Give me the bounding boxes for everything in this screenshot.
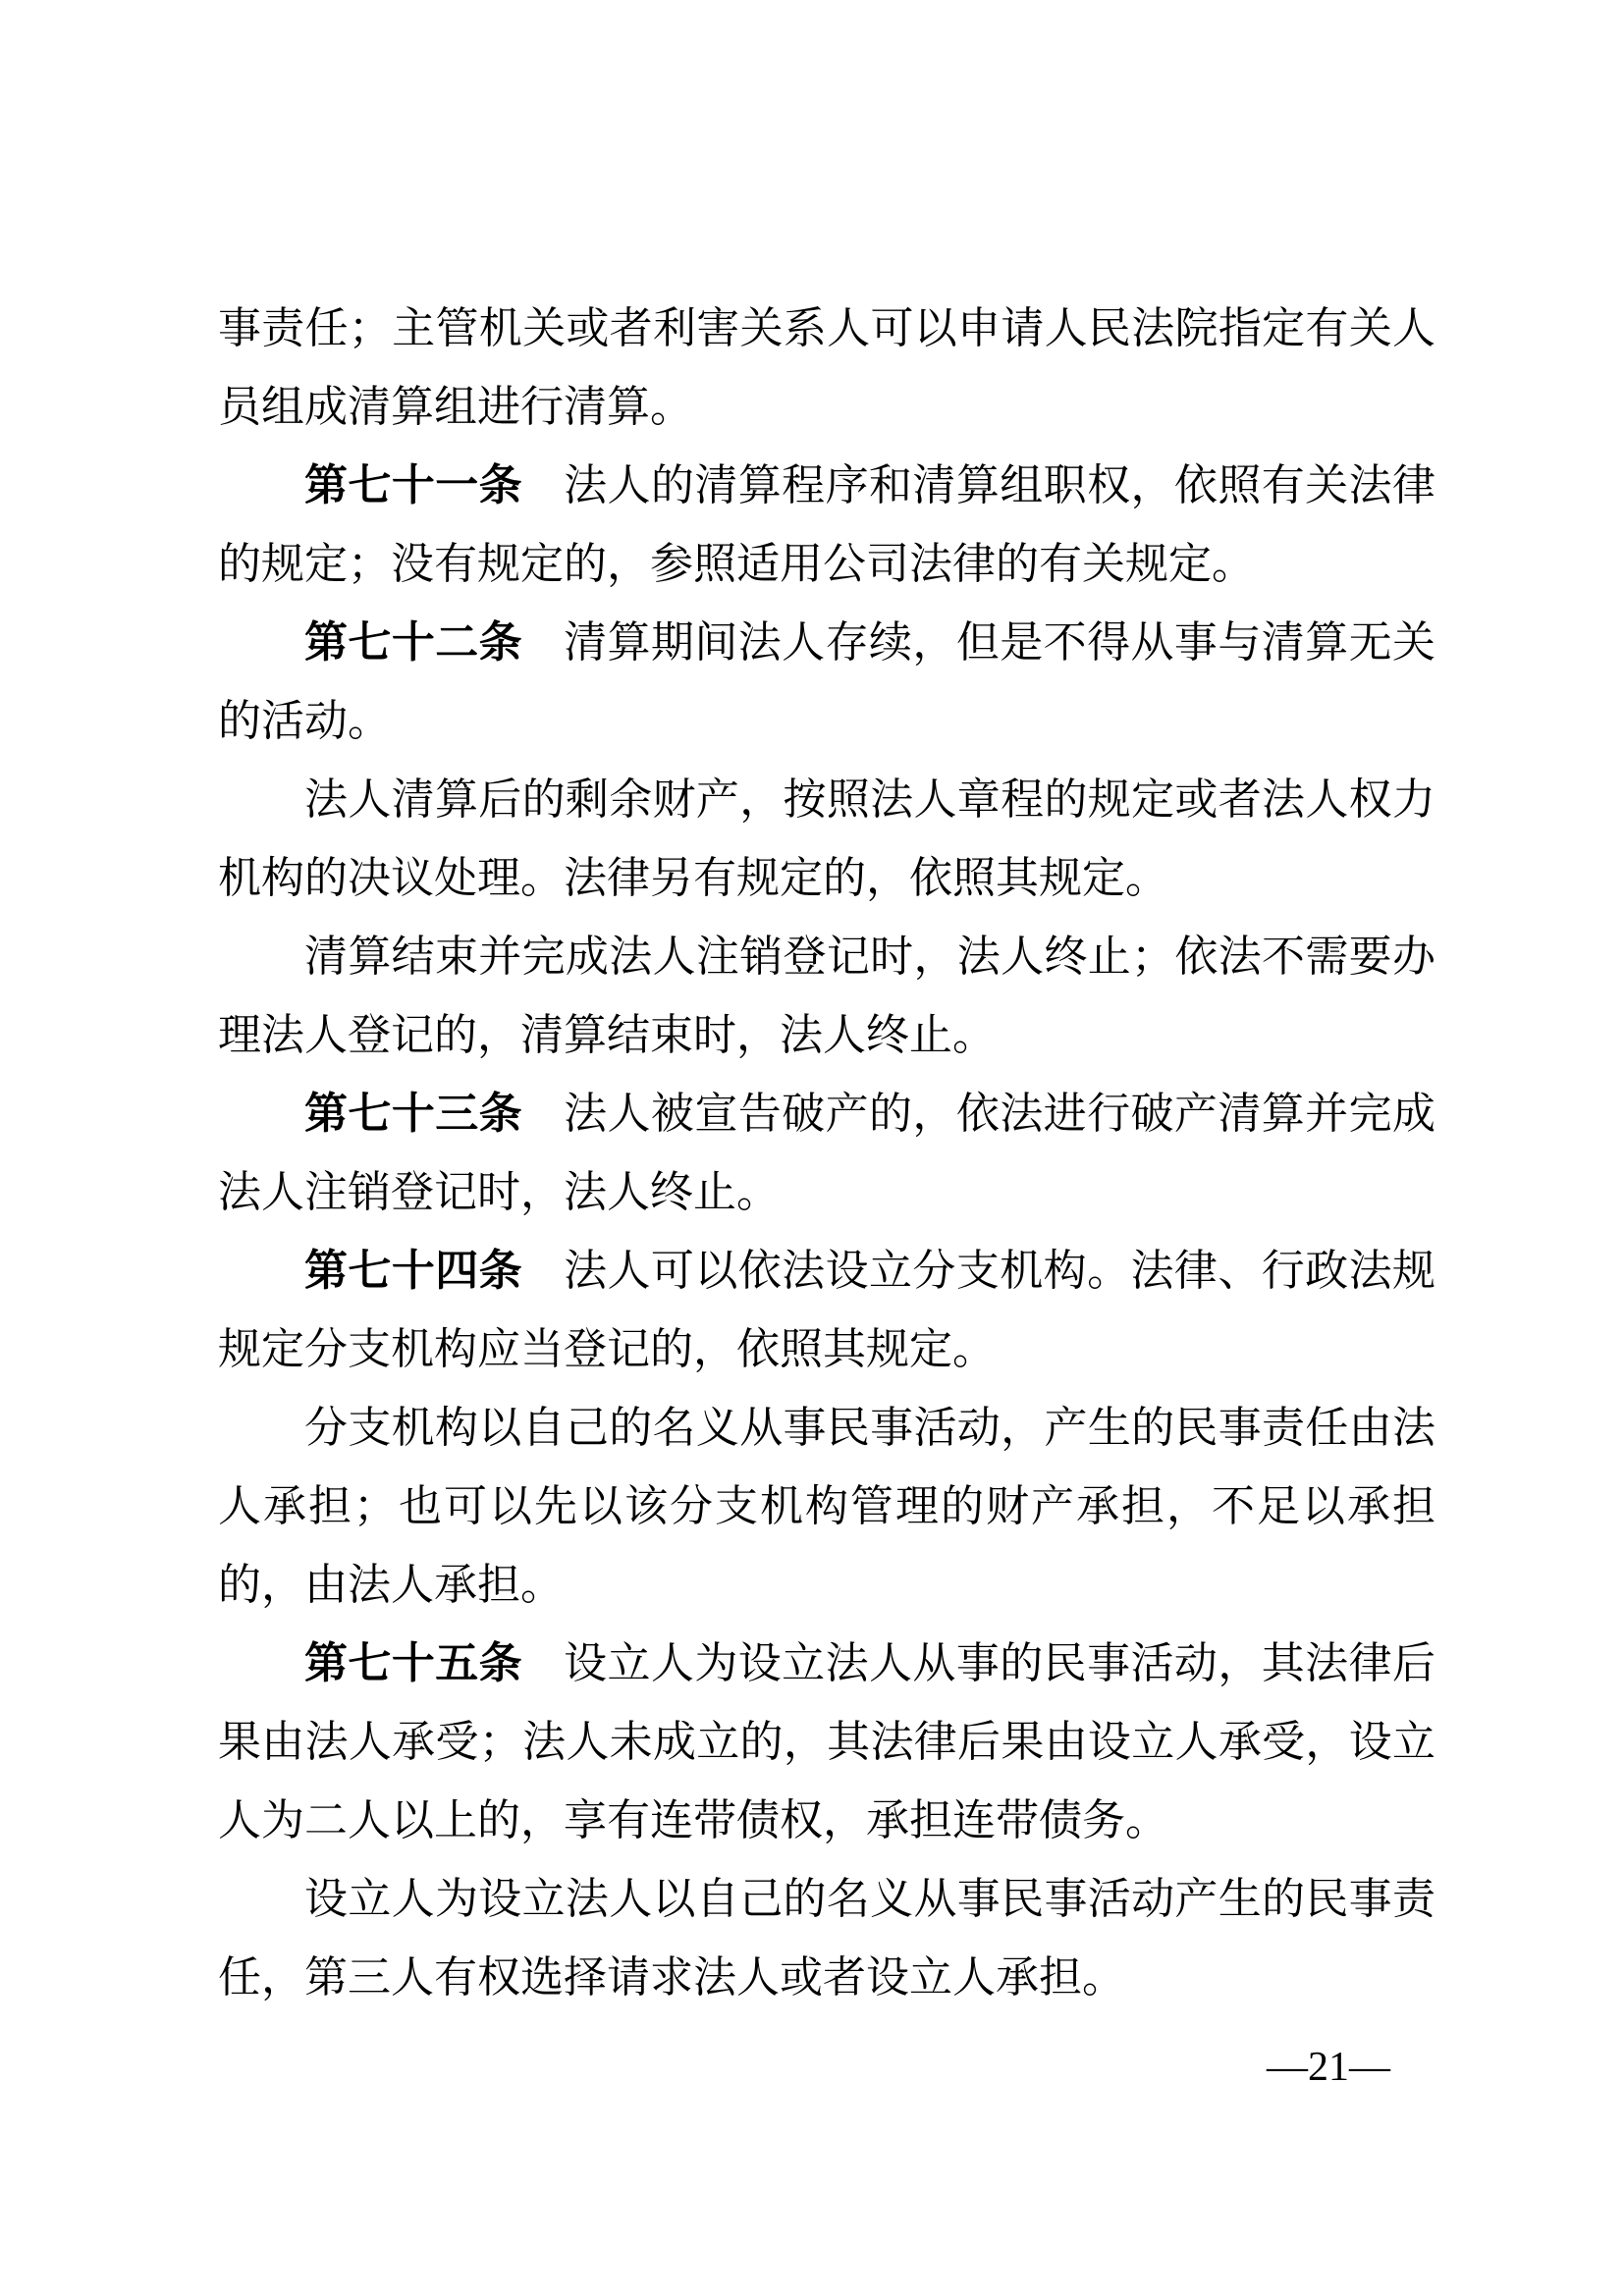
article-72-paragraph: 第七十二条清算期间法人存续，但是不得从事与清算无关的活动。 (218, 604, 1435, 761)
continuation-paragraph: 事责任；主管机关或者利害关系人可以申请人民法院指定有关人员组成清算组进行清算。 (218, 290, 1435, 447)
article-73-paragraph: 第七十三条法人被宣告破产的，依法进行破产清算并完成法人注销登记时，法人终止。 (218, 1075, 1435, 1232)
article-71-paragraph: 第七十一条法人的清算程序和清算组职权，依照有关法律的规定；没有规定的，参照适用公… (218, 447, 1435, 604)
paragraph-text: 法人清算后的剩余财产，按照法人章程的规定或者法人权力机构的决议处理。法律另有规定… (218, 775, 1435, 902)
article-73-number: 第七十三条 (304, 1090, 522, 1138)
document-page: 事责任；主管机关或者利害关系人可以申请人民法院指定有关人员组成清算组进行清算。 … (0, 0, 1624, 2296)
paragraph-text: 设立人为设立法人以自己的名义从事民事活动产生的民事责任，第三人有权选择请求法人或… (218, 1875, 1435, 2002)
article-75-number: 第七十五条 (304, 1639, 522, 1687)
article-74-paragraph: 第七十四条法人可以依法设立分支机构。法律、行政法规规定分支机构应当登记的，依照其… (218, 1232, 1435, 1389)
article-74-paragraph-2: 分支机构以自己的名义从事民事活动，产生的民事责任由法人承担；也可以先以该分支机构… (218, 1389, 1435, 1625)
paragraph-text: 清算结束并完成法人注销登记时，法人终止；依法不需要办理法人登记的，清算结束时，法… (218, 933, 1435, 1059)
page-number: —21— (1267, 2044, 1390, 2091)
paragraph-text: 事责任；主管机关或者利害关系人可以申请人民法院指定有关人员组成清算组进行清算。 (218, 304, 1435, 431)
body-text: 事责任；主管机关或者利害关系人可以申请人民法院指定有关人员组成清算组进行清算。 … (218, 290, 1435, 2017)
article-72-paragraph-3: 清算结束并完成法人注销登记时，法人终止；依法不需要办理法人登记的，清算结束时，法… (218, 918, 1435, 1075)
article-72-paragraph-2: 法人清算后的剩余财产，按照法人章程的规定或者法人权力机构的决议处理。法律另有规定… (218, 761, 1435, 918)
paragraph-text: 分支机构以自己的名义从事民事活动，产生的民事责任由法人承担；也可以先以该分支机构… (218, 1404, 1435, 1609)
article-74-number: 第七十四条 (304, 1247, 522, 1295)
article-72-number: 第七十二条 (304, 618, 522, 667)
article-75-paragraph-2: 设立人为设立法人以自己的名义从事民事活动产生的民事责任，第三人有权选择请求法人或… (218, 1860, 1435, 2017)
article-71-number: 第七十一条 (304, 461, 522, 509)
article-75-paragraph: 第七十五条设立人为设立法人从事的民事活动，其法律后果由法人承受；法人未成立的，其… (218, 1625, 1435, 1860)
